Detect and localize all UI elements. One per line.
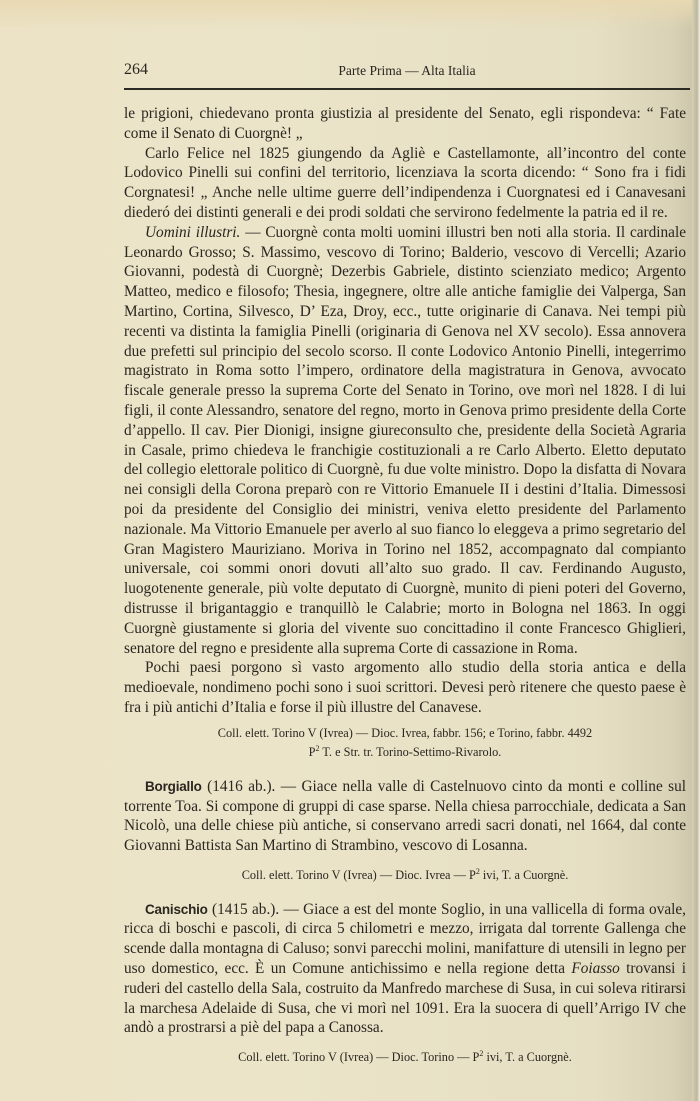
entry-name: Canischio (145, 902, 208, 917)
admin-info-line: Coll. elett. Torino V (Ivrea) — Dioc. Iv… (124, 726, 686, 742)
place-name-italic: Foiasso (571, 960, 619, 977)
page-body: le prigioni, chiedevano pronta giustizia… (124, 104, 686, 1066)
page-top-shadow (0, 0, 700, 30)
admin-info-borgiallo: Coll. elett. Torino V (Ivrea) — Dioc. Iv… (124, 864, 686, 884)
paragraph-continuation: le prigioni, chiedevano pronta giustizia… (124, 104, 686, 144)
spacer (124, 884, 686, 900)
header-rule (124, 88, 690, 90)
paragraph-storia: Pochi paesi porgono sì vasto argomento a… (124, 658, 686, 717)
running-title: Parte Prima — Alta Italia (124, 63, 690, 79)
paragraph-text: — Cuorgnè conta molti uomini illustri be… (124, 224, 686, 657)
spacer (124, 761, 686, 777)
page-binding-edge (692, 0, 700, 1101)
section-label: Uomini illustri. (145, 224, 240, 241)
entry-name: Borgiallo (145, 779, 202, 794)
admin-info-cuorgne: Coll. elett. Torino V (Ivrea) — Dioc. Iv… (124, 726, 686, 761)
entry-population: (1416 ab.). (202, 778, 276, 795)
entry-population: (1415 ab.). (208, 901, 279, 918)
admin-info-canischio: Coll. elett. Torino V (Ivrea) — Dioc. To… (124, 1046, 686, 1066)
paragraph-carlo-felice: Carlo Felice nel 1825 giungendo da Agliè… (124, 144, 686, 223)
entry-canischio: Canischio (1415 ab.). — Giace a est del … (124, 900, 686, 1039)
page-header: 264 Parte Prima — Alta Italia (124, 61, 690, 85)
admin-info-line: P2 T. e Str. tr. Torino-Settimo-Rivarolo… (124, 741, 686, 761)
paragraph-uomini-illustri: Uomini illustri. — Cuorgnè conta molti u… (124, 223, 686, 659)
entry-borgiallo: Borgiallo (1416 ab.). — Giace nella vall… (124, 777, 686, 856)
